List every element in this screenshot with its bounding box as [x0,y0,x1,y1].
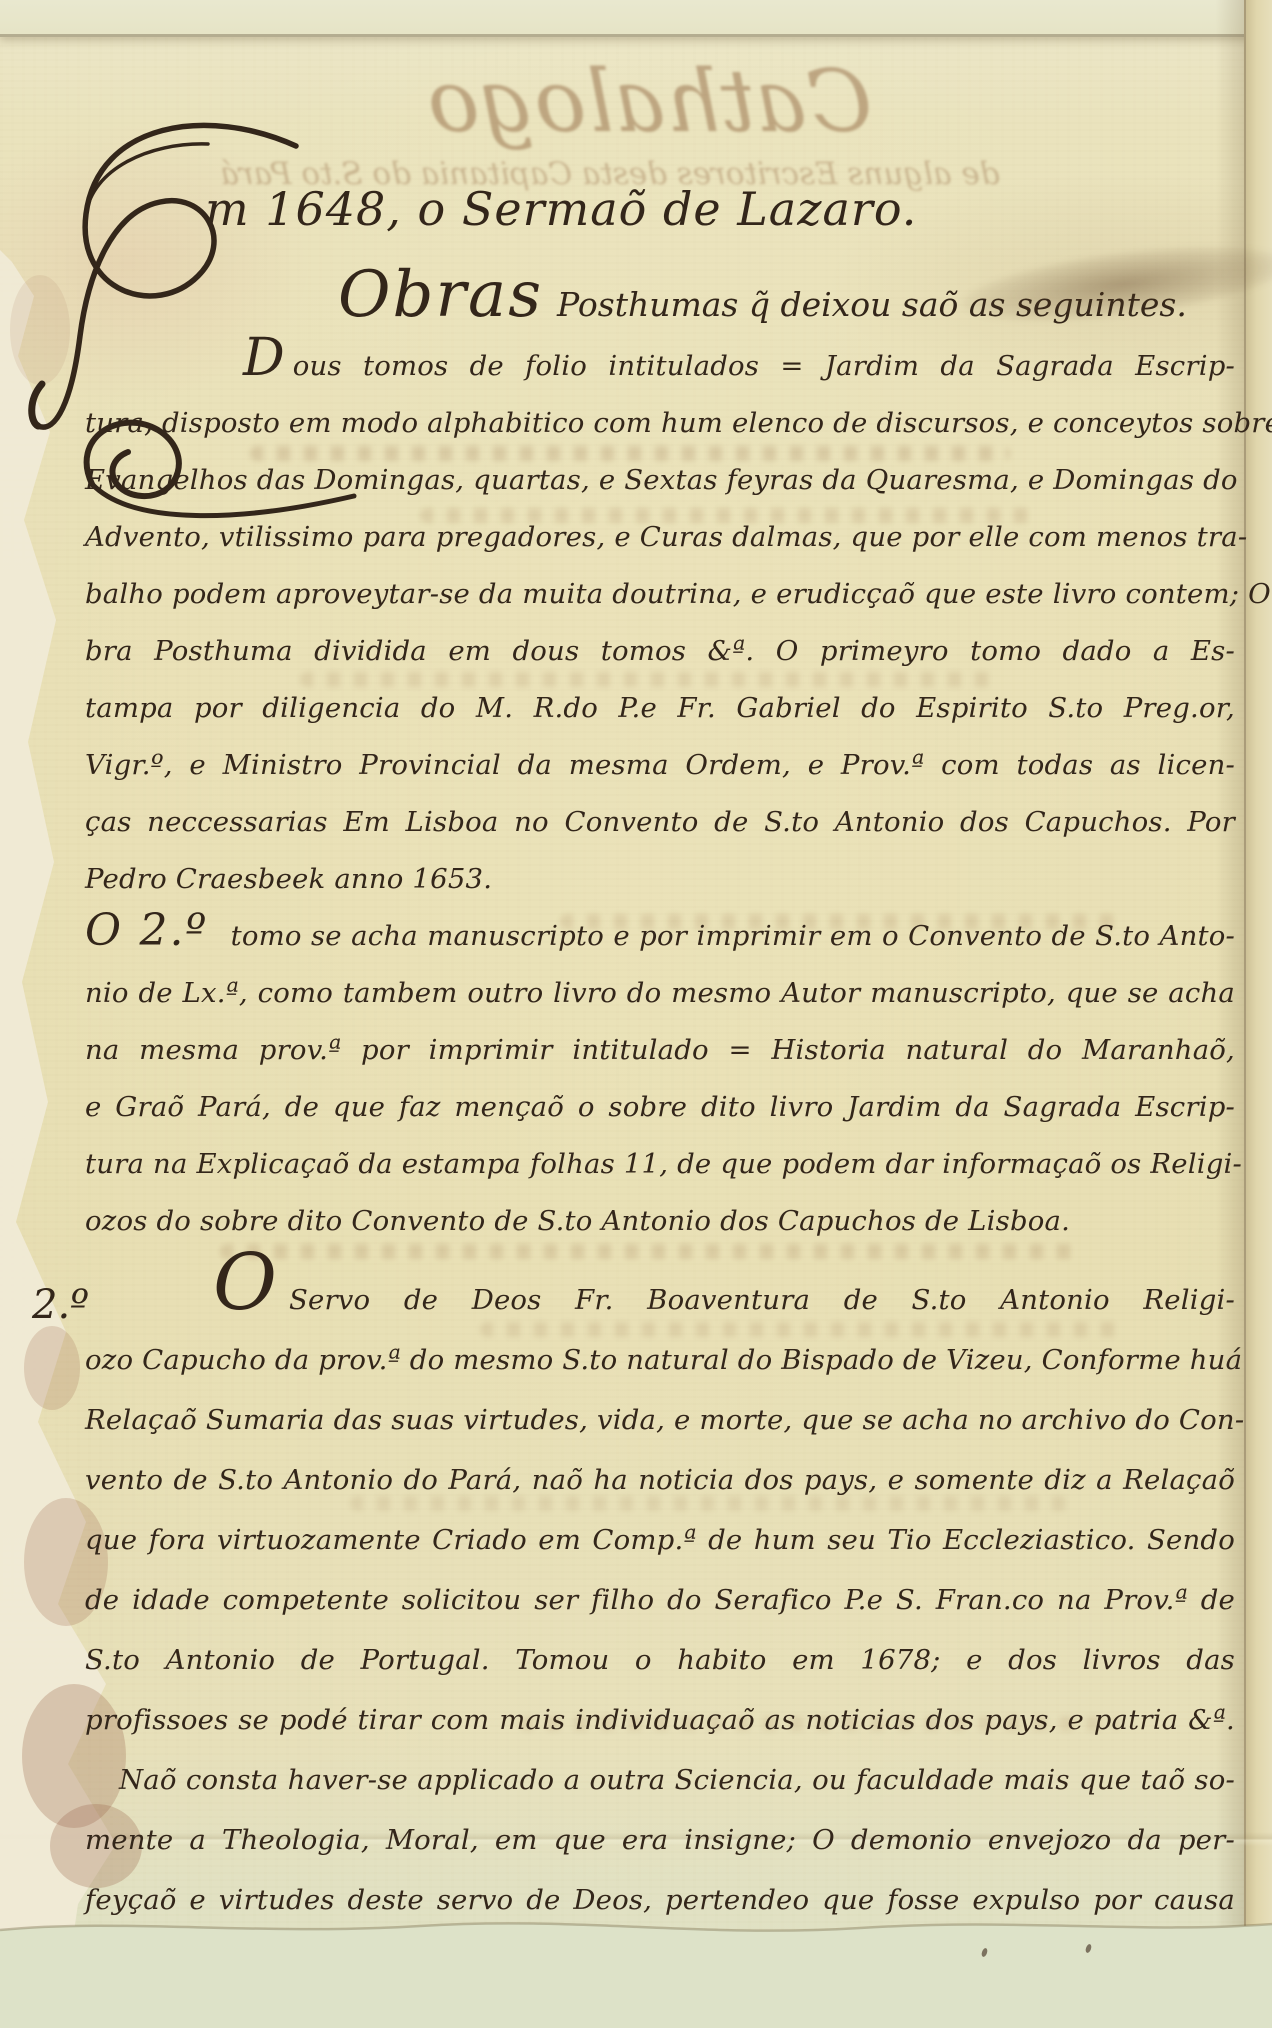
manuscript-line: tampa por diligencia do M. R.do P.e Fr. … [85,680,1235,737]
manuscript-line: balho podem aproveytar-se da muita doutr… [85,566,1235,623]
manuscript-line: Evangelhos das Domingas, quartas, e Sext… [85,452,1235,509]
bleedthrough-title: Cathalogo [310,52,990,152]
manuscript-line: Vigr.º, e Ministro Provincial da mesma O… [85,737,1235,794]
text-column-2: OServo de Deos Fr. Boaventura de S.to An… [85,1270,1235,1930]
section-heading-bigword: Obras [338,258,543,332]
manuscript-line: Relaçaõ Sumaria das suas virtudes, vida,… [85,1390,1235,1450]
manuscript-line: que fora virtuozamente Criado em Comp.ª … [85,1510,1235,1570]
manuscript-line: ozo Capucho da prov.ª do mesmo S.to natu… [85,1330,1235,1390]
manuscript-line: Advento, vtilissimo para pregadores, e C… [85,509,1235,566]
manuscript-line: nio de Lx.ª, como tambem outro livro do … [85,965,1235,1022]
manuscript-line: na mesma prov.ª por imprimir intitulado … [85,1022,1235,1079]
manuscript-line: Pedro Craesbeek anno 1653. [85,851,1235,908]
initial-o: O [213,1238,289,1328]
manuscript-line: feyçaõ e virtudes deste servo de Deos, p… [85,1870,1235,1930]
entry-heading: m 1648, o Sermaõ de Lazaro. [205,182,917,236]
manuscript-line: Naõ consta haver-se applicado a outra Sc… [85,1750,1235,1810]
manuscript-line: mente a Theologia, Moral, em que era ins… [85,1810,1235,1870]
text-column-1: Dous tomos de folio intitulados = Jardim… [85,338,1235,1250]
tomo2-lead: O 2.º [85,905,231,956]
manuscript-line: Dous tomos de folio intitulados = Jardim… [85,338,1235,395]
manuscript-scan: Cathalogo de alguns Escritores desta Cap… [0,0,1272,2028]
manuscript-line: de idade competente solicitou ser filho … [85,1570,1235,1630]
manuscript-line: S.to Antonio de Portugal. Tomou o habito… [85,1630,1235,1690]
manuscript-line: OServo de Deos Fr. Boaventura de S.to An… [85,1270,1235,1330]
manuscript-line: vento de S.to Antonio do Pará, naõ ha no… [85,1450,1235,1510]
manuscript-line: bra Posthuma dividida em dous tomos &ª. … [85,623,1235,680]
manuscript-line: O 2.º tomo se acha manuscripto e por imp… [85,908,1235,965]
manuscript-line: ças neccessarias Em Lisboa no Convento d… [85,794,1235,851]
page-right-edge [1244,0,1272,2028]
margin-entry-number: 2.º [32,1282,89,1328]
initial-d: D [243,328,293,388]
manuscript-line: tura na Explicaçaõ da estampa folhas 11,… [85,1136,1235,1193]
manuscript-line: tura, disposto em modo alphabitico com h… [85,395,1235,452]
manuscript-line: profissoes se podé tirar com mais indivi… [85,1690,1235,1750]
manuscript-line: e Graõ Pará, de que faz mençaõ o sobre d… [85,1079,1235,1136]
page-top-edge [0,0,1272,37]
